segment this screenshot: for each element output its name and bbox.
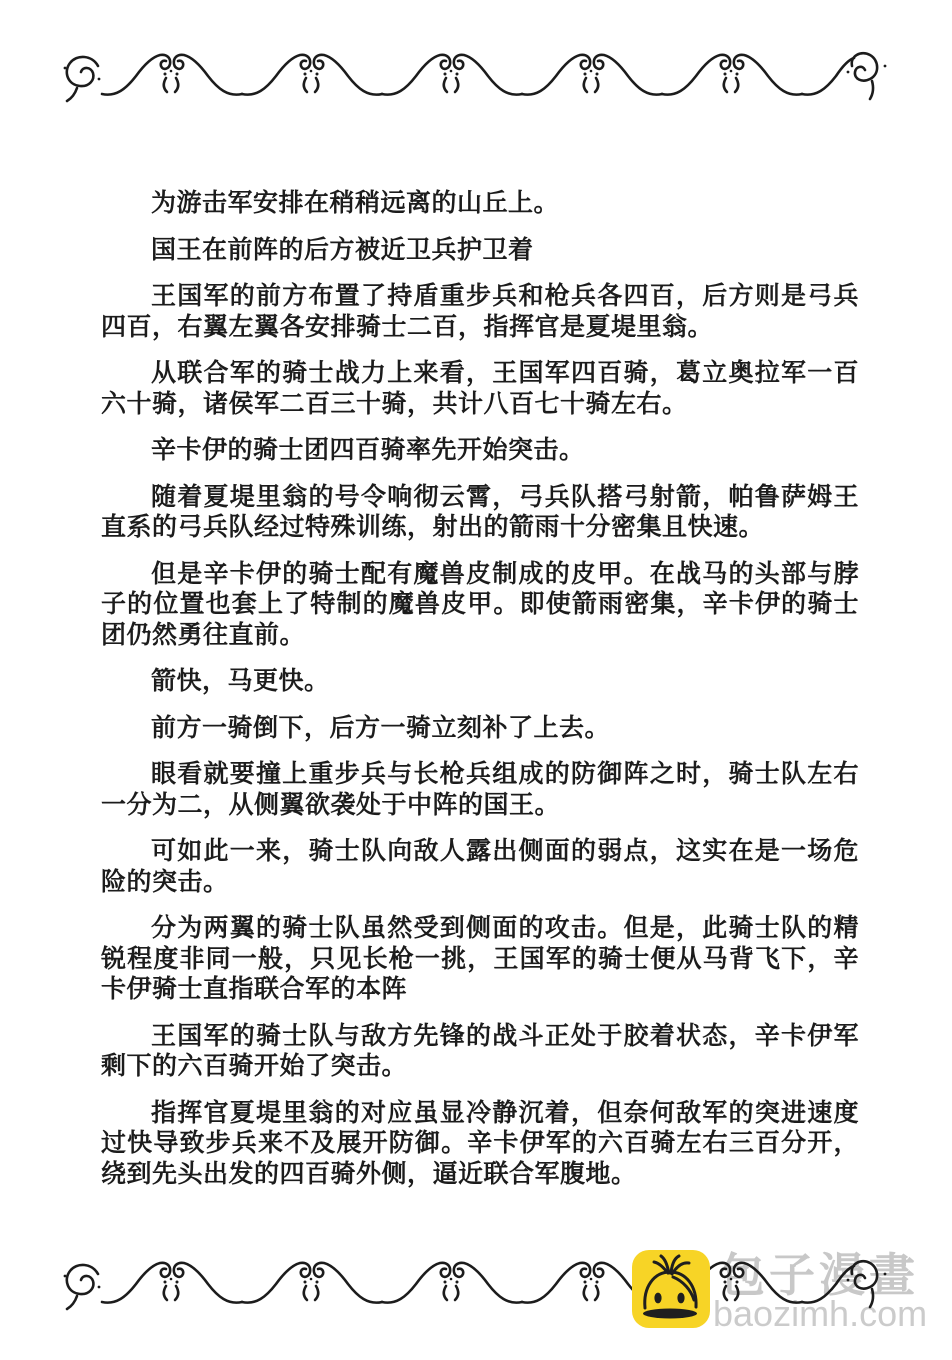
novel-paragraph: 国王在前阵的后方被近卫兵护卫着 [101,236,859,267]
novel-paragraph: 但是辛卡伊的骑士配有魔兽皮制成的皮甲。在战马的头部与脖子的位置也套上了特制的魔兽… [101,560,859,652]
novel-text: 为游击军安排在稍稍远离的山丘上。国王在前阵的后方被近卫兵护卫着王国军的前方布置了… [101,189,859,1206]
novel-paragraph: 箭快，马更快。 [101,667,859,698]
novel-paragraph: 王国军的前方布置了持盾重步兵和枪兵各四百，后方则是弓兵四百，右翼左翼各安排骑士二… [101,282,859,343]
novel-paragraph: 辛卡伊的骑士团四百骑率先开始突击。 [101,436,859,467]
novel-paragraph: 从联合军的骑士战力上来看，王国军四百骑，葛立奥拉军一百六十骑，诸侯军二百三十骑，… [101,359,859,420]
baozi-bun-icon [632,1250,710,1328]
decorative-scroll-border-bottom [62,1256,888,1314]
novel-paragraph: 前方一骑倒下，后方一骑立刻补了上去。 [101,714,859,745]
novel-paragraph: 可如此一来，骑士队向敌人露出侧面的弱点，这实在是一场危险的突击。 [101,837,859,898]
novel-paragraph: 为游击军安排在稍稍远离的山丘上。 [101,189,859,220]
novel-paragraph: 分为两翼的骑士队虽然受到侧面的攻击。但是，此骑士队的精锐程度非同一般，只见长枪一… [101,914,859,1006]
novel-paragraph: 指挥官夏堤里翁的对应虽显冷静沉着，但奈何敌军的突进速度过快导致步兵来不及展开防御… [101,1099,859,1191]
novel-paragraph: 随着夏堤里翁的号令响彻云霄，弓兵队搭弓射箭，帕鲁萨姆王直系的弓兵队经过特殊训练，… [101,483,859,544]
decorative-scroll-border-top [62,48,888,106]
novel-page: 为游击军安排在稍稍远离的山丘上。国王在前阵的后方被近卫兵护卫着王国军的前方布置了… [0,0,952,1360]
novel-paragraph: 王国军的骑士队与敌方先锋的战斗正处于胶着状态，辛卡伊军剩下的六百骑开始了突击。 [101,1022,859,1083]
novel-paragraph: 眼看就要撞上重步兵与长枪兵组成的防御阵之时，骑士队左右一分为二，从侧翼欲袭处于中… [101,760,859,821]
